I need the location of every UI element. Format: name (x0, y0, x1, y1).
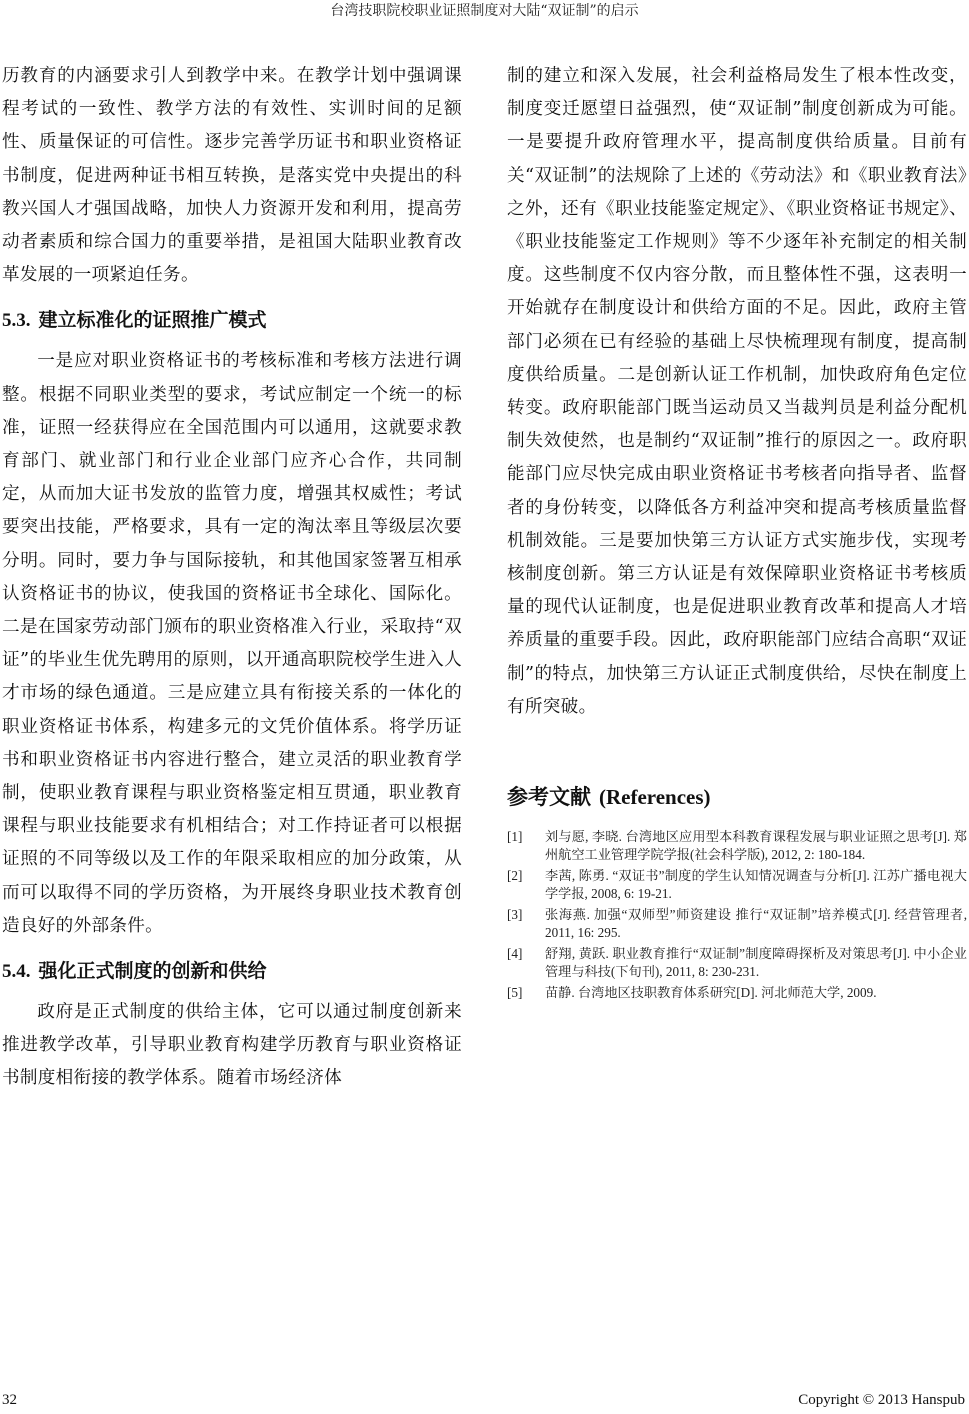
reference-item: [1] 刘与愿, 李晓. 台湾地区应用型本科教育课程发展与职业证照之思考[J].… (507, 828, 967, 864)
reference-text: 刘与愿, 李晓. 台湾地区应用型本科教育课程发展与职业证照之思考[J]. 郑州航… (545, 828, 967, 864)
section-heading-5-4: 5.4.强化正式制度的创新和供给 (2, 957, 462, 986)
reference-number: [5] (507, 984, 545, 1002)
section-title: 强化正式制度的创新和供给 (39, 960, 267, 982)
running-header: 台湾技职院校职业证照制度对大陆“双证制”的启示 (0, 2, 969, 20)
reference-text: 舒翔, 黄跃. 职业教育推行“双证制”制度障碍探析及对策思考[J]. 中小企业管… (545, 945, 967, 981)
right-column: 制的建立和深入发展，社会利益格局发生了根本性改变，制度变迁愿望日益强烈，使“双证… (507, 60, 967, 1005)
reference-item: [4] 舒翔, 黄跃. 职业教育推行“双证制”制度障碍探析及对策思考[J]. 中… (507, 945, 967, 981)
reference-item: [2] 李茜, 陈勇. “双证书”制度的学生认知情况调查与分析[J]. 江苏广播… (507, 867, 967, 903)
section-5-4-paragraph: 政府是正式制度的供给主体，它可以通过制度创新来推进教学改革，引导职业教育构建学历… (2, 996, 462, 1096)
reference-number: [3] (507, 906, 545, 942)
page-number: 32 (2, 1392, 17, 1409)
reference-number: [1] (507, 828, 545, 864)
intro-paragraph: 历教育的内涵要求引人到教学中来。在教学计划中强调课程考试的一致性、教学方法的有效… (2, 60, 462, 292)
copyright-notice: Copyright © 2013 Hanspub (798, 1392, 965, 1409)
reference-text: 苗静. 台湾地区技职教育体系研究[D]. 河北师范大学, 2009. (545, 984, 967, 1002)
references-heading-en: (References) (599, 785, 711, 809)
reference-number: [4] (507, 945, 545, 981)
reference-text: 张海燕. 加强“双师型”师资建设 推行“双证制”培养模式[J]. 经营管理者, … (545, 906, 967, 942)
reference-number: [2] (507, 867, 545, 903)
continued-paragraph: 制的建立和深入发展，社会利益格局发生了根本性改变，制度变迁愿望日益强烈，使“双证… (507, 60, 967, 724)
references-heading-zh: 参考文献 (507, 785, 591, 809)
section-title: 建立标准化的证照推广模式 (39, 309, 267, 331)
reference-list: [1] 刘与愿, 李晓. 台湾地区应用型本科教育课程发展与职业证照之思考[J].… (507, 828, 967, 1002)
section-5-3-paragraph: 一是应对职业资格证书的考核标准和考核方法进行调整。根据不同职业类型的要求，考试应… (2, 345, 462, 943)
section-number: 5.3. (2, 310, 31, 331)
reference-item: [3] 张海燕. 加强“双师型”师资建设 推行“双证制”培养模式[J]. 经营管… (507, 906, 967, 942)
section-number: 5.4. (2, 961, 31, 982)
references-heading: 参考文献(References) (507, 782, 967, 812)
section-heading-5-3: 5.3.建立标准化的证照推广模式 (2, 306, 462, 335)
left-column: 历教育的内涵要求引人到教学中来。在教学计划中强调课程考试的一致性、教学方法的有效… (2, 60, 462, 1096)
reference-item: [5] 苗静. 台湾地区技职教育体系研究[D]. 河北师范大学, 2009. (507, 984, 967, 1002)
reference-text: 李茜, 陈勇. “双证书”制度的学生认知情况调查与分析[J]. 江苏广播电视大学… (545, 867, 967, 903)
